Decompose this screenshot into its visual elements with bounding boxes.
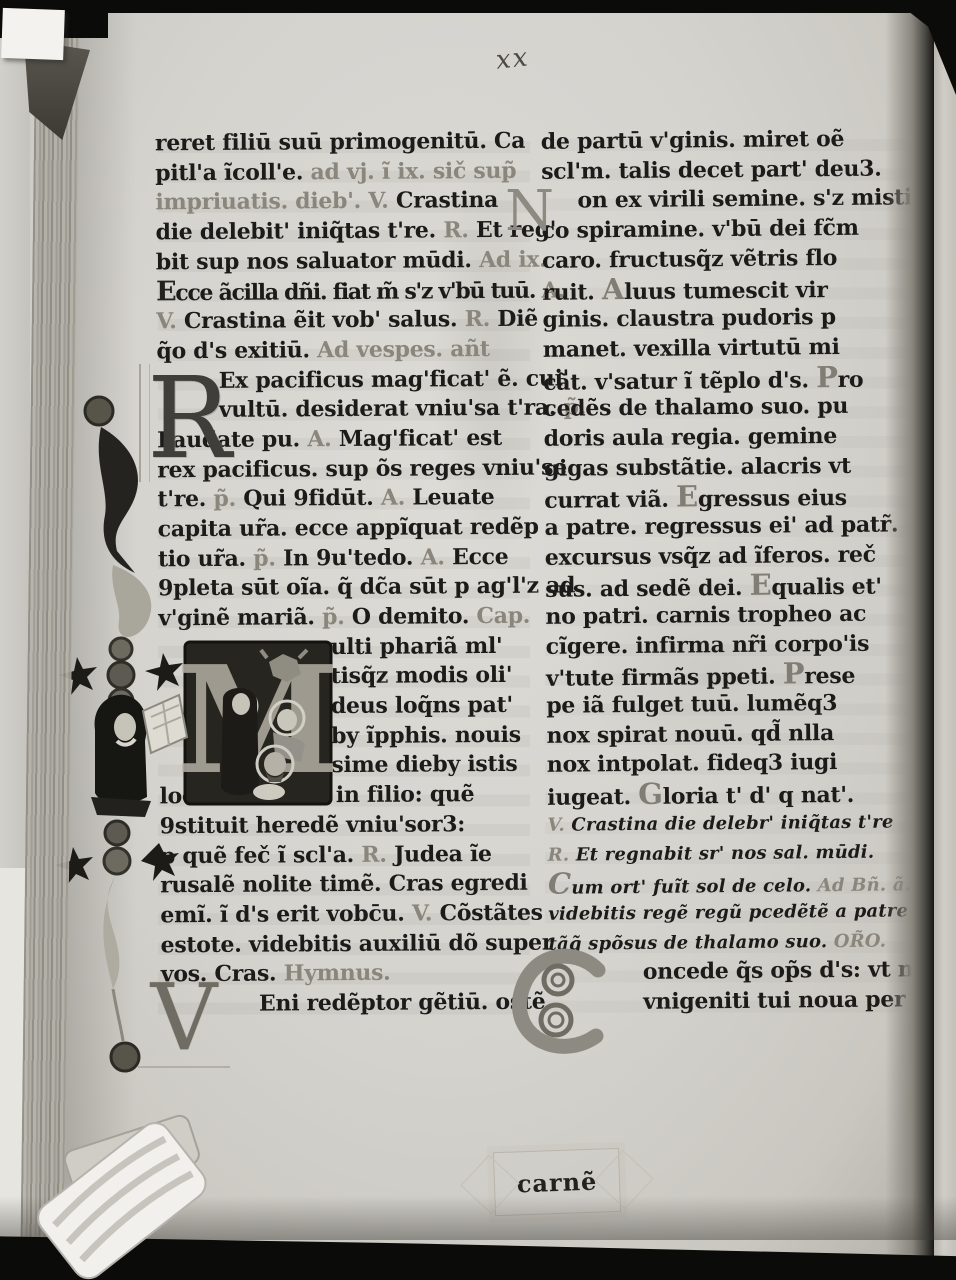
text-line: de partū v'ginis. miret oẽ <box>541 124 921 157</box>
text-line: p quẽ feč ĩ scl'a. R. Judea ĩe <box>160 839 540 871</box>
text-line: a patre. regressus ei' ad patr̃. <box>544 510 924 543</box>
text-line: tisq̃z modis oli' <box>331 661 539 692</box>
gold-ball-ornament <box>111 1043 139 1071</box>
text-line: estote. videbitis auxiliū dõ super <box>160 928 540 960</box>
text-line: V. Crastina ẽit vob' salus. R. Diẽ <box>156 305 536 337</box>
photo-background: xx reret filiū suū primogenitū. Capitl'a… <box>0 0 956 1280</box>
text-line: v'tute firmãs ppeti. Prese <box>546 659 926 692</box>
text-line: pe iã fulget tuū. lumẽq3 <box>546 688 926 721</box>
text-line: co spiramine. v'bū dei fc̃m <box>542 213 922 246</box>
text-line: die delebit' iniq̃tas t're. R. Et reg' <box>156 216 536 248</box>
text-line: cãt. v'satur ĩ tẽplo d's. Pro <box>543 362 923 395</box>
text-line: iugeat. Gloria t' d' q nat'. <box>547 777 927 810</box>
text-line: no patri. carnis tropheo ac <box>545 599 925 632</box>
text-column-right: de partū v'ginis. miret oẽscl'm. talis d… <box>541 124 930 1018</box>
text-line: by ĩpphis. nouis <box>331 720 539 751</box>
text-line: Cum ort' fuĩt sol de celo. Ad Bñ. ã. <box>548 866 928 899</box>
acanthus-leaf-light <box>112 565 151 637</box>
text-line: ruit. Aluus tumescit vir <box>542 273 922 306</box>
paper-fan-bottom-left <box>14 1120 224 1280</box>
text-line: videbitis regẽ regũ pcedẽtẽ a patre <box>548 896 928 929</box>
text-line: sus. ad sedẽ dei. Equalis et' <box>545 569 925 602</box>
text-line: v'ginẽ mariã. p̃. O demito. Cap. <box>158 602 538 634</box>
historiated-initial-m-nativity: M <box>183 640 333 806</box>
text-line: capita ur̃a. ecce appĩquat redẽp <box>158 513 538 545</box>
text-line: scl'm. talis decet part' deu3. <box>541 154 921 187</box>
folio-number: xx <box>495 42 531 75</box>
text-line: cĩgere. infirma nr̃i corpo'is <box>546 629 926 662</box>
text-line: ulti phariã ml' <box>330 631 538 662</box>
acanthus-leaf-dark <box>99 427 138 573</box>
text-line: manet. vexilla virtutū mi <box>543 332 923 365</box>
decorated-initial-v: V <box>136 972 232 1064</box>
virgin-mary-figure <box>221 688 259 795</box>
text-line: excursus vsq̃z ad ĩferos. reč <box>545 540 925 573</box>
text-line: deus loq̃ns pat' <box>331 691 539 722</box>
page-fold-shadow <box>885 0 934 1280</box>
ball-and-leaf-cluster <box>55 821 179 885</box>
bookmark-tab-top <box>1 8 65 60</box>
text-column-left: reret filiū suū primogenitū. Capitl'a ĩc… <box>155 127 541 1020</box>
gold-ball-ornament <box>85 397 113 425</box>
text-line: Ex pacificus mag'ficat' ẽ. cui' <box>219 364 537 396</box>
text-line: 9pleta sūt oĩa. q̃ dc̃a sūt p ag'l'z ad <box>158 572 538 604</box>
text-line: vultū. desiderat vniu'sa t'ra. p̃. <box>219 394 537 426</box>
text-line: on ex virili semine. s'z misti <box>577 184 921 217</box>
text-line: nox intpolat. fideq3 iugi <box>547 748 927 781</box>
text-line: cedẽs de thalamo suo. pu <box>543 391 923 424</box>
decorated-initial-c-swirl: C <box>510 944 610 1056</box>
text-line: sime dieby istis <box>331 750 539 781</box>
text-line: doris aula regia. gemine <box>544 421 924 454</box>
initial-n: N <box>505 182 549 244</box>
text-line: rusalẽ nolite timẽ. Cras egredi <box>160 869 540 901</box>
text-line: bit sup nos saluator mūdi. Ad ix. <box>156 245 536 277</box>
text-line: 9stituit heredẽ vniu'sor3: <box>160 809 540 841</box>
text-line: caro. fructusq̃z vẽtris flo <box>542 243 922 276</box>
text-line: tio ur̃a. p̃. In 9u'tedo. A. Ecce <box>158 542 538 574</box>
text-line: impriuatis. dieb'. V. Crastina <box>155 186 535 218</box>
text-line: R. Et regnabit sr' nos sal. mūdi. <box>548 837 928 870</box>
text-line: currat viã. Egressus eius <box>544 480 924 513</box>
text-line: V. Crastina die delebr' iniq̃tas t're <box>547 807 927 840</box>
text-line: Ecce ãcilla dñi. fiat m̃ s'z v'bū tuū. A… <box>156 275 536 307</box>
text-line: gigas substãtie. alacris vt <box>544 451 924 484</box>
text-line: t're. p̃. Qui 9fidūt. A. Leuate <box>157 483 537 515</box>
text-line: emĩ. ĩ d's erit vobc̄u. V. Cõstãtes <box>160 899 540 931</box>
text-line: Eni redẽptor gẽtiū. ostẽ <box>259 988 541 1020</box>
nun-reading-figure <box>91 695 187 817</box>
next-page-edge <box>934 0 956 1280</box>
text-line: nox spirat nouū. qd̃ nlla <box>546 718 926 751</box>
text-line: reret filiū suū primogenitū. Ca <box>155 127 535 159</box>
photo-border-top <box>0 0 956 13</box>
text-line: pitl'a ĩcoll'e. ad vj. ĩ ix. sič sup̃ <box>155 156 535 188</box>
catchword-text: carnẽ <box>516 1166 597 1198</box>
acanthus-leaf-light <box>103 877 119 989</box>
text-line: ginis. claustra pudoris p <box>542 302 922 335</box>
